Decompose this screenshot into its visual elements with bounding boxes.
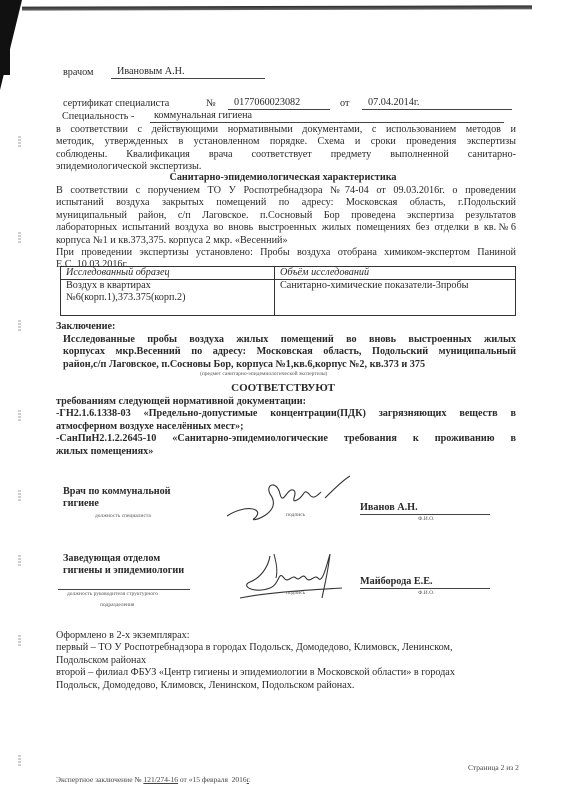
intro-paragraph: в соответствии с действующими нормативны… (56, 124, 516, 174)
doctor-label: врачом (63, 67, 94, 79)
position-line: гигиены и эпидемиологии (63, 565, 184, 577)
certificate-label: сертификат специалиста (63, 98, 169, 110)
scan-artifact (18, 410, 21, 422)
signature-2-icon (230, 548, 350, 608)
requirements-intro: требованиям следующей нормативной докуме… (56, 396, 516, 408)
copies-line: Подольск, Домодедово, Климовск, Ленинско… (56, 680, 526, 692)
text-line: лабораторных испытаний воздуха во вновь … (56, 222, 516, 234)
text-line: корпусах мкр.Весенний по адресу: Московс… (63, 346, 516, 358)
copies-line: Подольском районах (56, 655, 526, 667)
certificate-number-sign: № (206, 98, 216, 110)
conclusion-text: Исследованные пробы воздуха жилых помеще… (63, 334, 516, 371)
text-line: корпуса №1 и кв.373,375. корпуса 2 мкр. … (56, 235, 516, 247)
copies-section: Оформлено в 2-х экземплярах: первый – ТО… (56, 630, 526, 692)
doctor-name: Ивановым А.Н. (111, 66, 265, 79)
signer2-name-caption: Ф.И.О. (418, 590, 434, 596)
footer-year: 2016 (232, 775, 247, 784)
scan-artifact (18, 136, 21, 148)
table-cell-scope: Санитарно-химические показатели-3пробы (275, 280, 516, 316)
certificate-date-label: от (340, 98, 349, 110)
conclusion-heading: Заключение: (56, 321, 115, 333)
requirements: требованиям следующей нормативной докуме… (56, 396, 516, 458)
signer2-position-underline (58, 589, 190, 590)
table-header: Объём исследований (275, 267, 516, 280)
scan-artifact (18, 232, 21, 244)
signer2-signature-caption: подпись (286, 590, 305, 596)
scan-artifact (18, 755, 21, 767)
signer2-position-caption2: подразделения (100, 602, 134, 608)
characteristic-paragraph: В соответствии с поручением ТО У Роспотр… (56, 185, 516, 272)
table-header-row: Исследованный образец Объём исследований (61, 267, 516, 280)
requirement-line: атмосферном воздухе населённых мест»; (56, 421, 516, 433)
signer1-signature-caption: подпись (286, 512, 305, 518)
footer-date: 15 февраля (192, 775, 227, 784)
copies-heading: Оформлено в 2-х экземплярах: (56, 630, 526, 642)
scan-artifact (18, 635, 21, 647)
signer1-position: Врач по коммунальной гигиене (63, 486, 171, 511)
signer1-name: Иванов А.Н. (360, 502, 490, 515)
copies-line: первый – ТО У Роспотребнадзора в городах… (56, 642, 526, 654)
specialty-value: коммунальная гигиена (150, 110, 504, 123)
text-line: При проведении экспертизы установлено: П… (56, 247, 516, 259)
scan-artifact (18, 320, 21, 332)
text-line: соблюдены. Квалификация врача соответств… (56, 149, 516, 161)
table-row: Воздух в квартирах №6(корп.1),373.375(ко… (61, 280, 516, 316)
position-line: гигиене (63, 498, 171, 510)
signer2-position: Заведующая отделом гигиены и эпидемиолог… (63, 553, 184, 578)
certificate-number: 0177060023082 (228, 97, 330, 110)
samples-table: Исследованный образец Объём исследований… (60, 266, 516, 316)
text-line: в соответствии с действующими нормативны… (56, 124, 516, 136)
scan-edge-left (0, 0, 10, 75)
sample-line: Воздух в квартирах (66, 280, 269, 292)
copies-line: второй – филиал ФБУЗ «Центр гигиены и эп… (56, 667, 526, 679)
text-line: муниципальный район, с/п Лаговское. п.Со… (56, 210, 516, 222)
text-line: Исследованные пробы воздуха жилых помеще… (63, 334, 516, 346)
specialty-label: Специальность - (62, 111, 134, 123)
footer-doc-reference: Экспертное заключение № 121/274-16 от «1… (56, 775, 251, 784)
text-line: В соответствии с поручением ТО У Роспотр… (56, 185, 516, 197)
scan-artifact (18, 555, 21, 567)
footer-date-prefix: от « (180, 775, 193, 784)
requirement-line: жилых помещениях» (56, 446, 516, 458)
page-number: Страница 2 из 2 (468, 763, 519, 772)
scan-artifact (18, 490, 21, 502)
text-line: испытаний воздуха закрытых помещений по … (56, 197, 516, 209)
footer-doc-number: 121/274-16 (143, 775, 178, 784)
signer2-name: Майборода Е.Е. (360, 576, 490, 589)
footer-prefix: Экспертное заключение № (56, 775, 142, 784)
sample-line: №6(корп.1),373.375(корп.2) (66, 292, 269, 304)
position-line: Врач по коммунальной (63, 486, 171, 498)
verdict: СООТВЕТСТВУЮТ (0, 382, 566, 394)
footer-end: . (249, 775, 251, 784)
signer2-position-caption: должность руководителя структурного (67, 591, 158, 597)
signer1-name-caption: Ф.И.О. (418, 516, 434, 522)
requirement-line: -ГН2.1.6.1338-03 «Предельно-допустимые к… (56, 408, 516, 420)
section-title: Санитарно-эпидемиологическая характерист… (0, 172, 566, 184)
table-cell-sample: Воздух в квартирах №6(корп.1),373.375(ко… (61, 280, 275, 316)
table-header: Исследованный образец (61, 267, 275, 280)
scan-edge-top (22, 5, 532, 10)
certificate-date: 07.04.2014г. (362, 97, 512, 110)
signer1-position-caption: должность специалиста (95, 513, 151, 519)
position-line: Заведующая отделом (63, 553, 184, 565)
text-line: методик, утвержденных в установленном по… (56, 136, 516, 148)
conclusion-caption: (предмет санитарно-эпидемиологической эк… (200, 371, 327, 377)
text-line: район,с/п Лаговское, п.Сосновы Бор, корп… (63, 359, 516, 371)
requirement-line: -СанПиН2.1.2.2645-10 «Санитарно-эпидемио… (56, 433, 516, 445)
